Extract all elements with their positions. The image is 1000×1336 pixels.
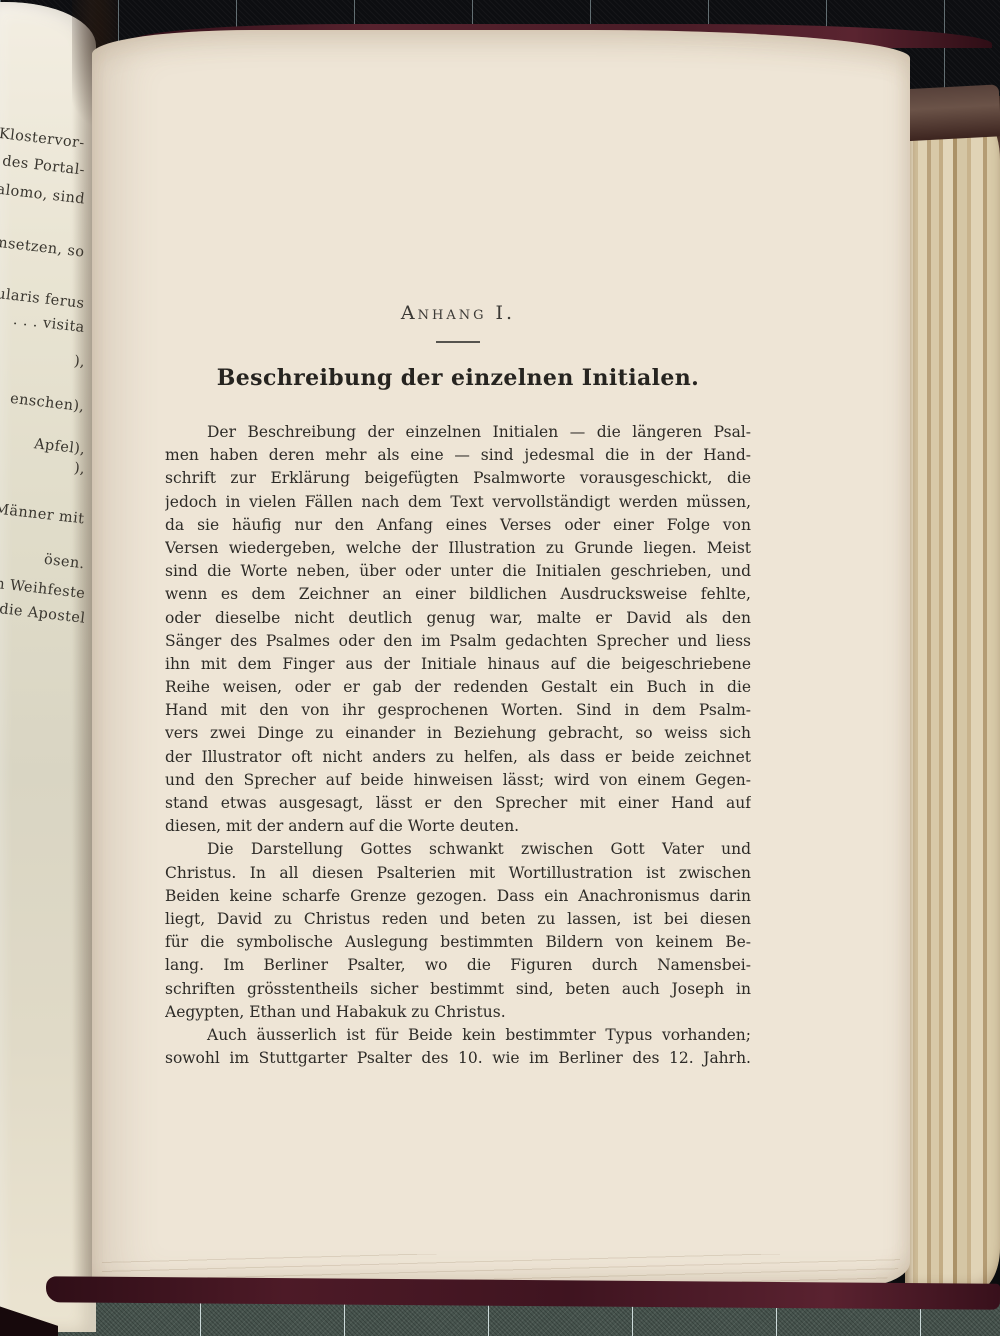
section-header: Anhang I.	[165, 302, 751, 324]
facing-page-text-fragment: n Weihfeste	[0, 576, 86, 602]
facing-page-text-fragment: umsetzen, so	[0, 233, 86, 260]
text-line: Aegypten, Ethan und Habakuk zu Christus.	[165, 1001, 751, 1024]
text-line: da sie häufig nur den Anfang eines Verse…	[165, 514, 751, 537]
text-line: ihn mit dem Finger aus der Initiale hina…	[165, 653, 751, 676]
page-fore-edge-stack	[905, 100, 1000, 1292]
facing-page-text-fragment: n Klostervor-	[0, 124, 86, 151]
header-rule	[436, 341, 480, 343]
facing-page-text-fragment: ),	[73, 353, 86, 370]
book-page: Anhang I. Beschreibung der einzelnen Ini…	[92, 30, 910, 1288]
text-line: Christus. In all diesen Psalterien mit W…	[165, 862, 751, 885]
text-line: Auch äusserlich ist für Beide kein besti…	[165, 1024, 751, 1047]
text-line: wenn es dem Zeichner an einer bildlichen…	[165, 583, 751, 606]
facing-page-text-fragment: . . . visita	[12, 312, 85, 336]
text-line: vers zwei Dinge zu einander in Beziehung…	[165, 722, 751, 745]
text-line: Versen wiedergeben, welche der Illustrat…	[165, 537, 751, 560]
photographed-book-scene: n Klostervor-des Portal-Salomo, sindumse…	[0, 0, 1000, 1336]
text-line: schriften grösstentheils sicher bestimmt…	[165, 978, 751, 1001]
text-line: sind die Worte neben, über oder unter di…	[165, 560, 751, 583]
facing-page-text-fragment: ösen.	[44, 552, 86, 573]
text-line: oder dieselbe nicht deutlich genug war, …	[165, 607, 751, 630]
text-line: sowohl im Stuttgarter Psalter des 10. wi…	[165, 1047, 751, 1070]
text-line: Sänger des Psalmes oder den im Psalm ged…	[165, 630, 751, 653]
facing-page-text-fragment: des Portal-	[1, 153, 85, 178]
text-line: Beiden keine scharfe Grenze gezogen. Das…	[165, 885, 751, 908]
text-line: Der Beschreibung der einzelnen Initialen…	[165, 421, 751, 444]
page-text-block: Anhang I. Beschreibung der einzelnen Ini…	[165, 302, 751, 1070]
text-line: für die symbolische Auslegung bestimmten…	[165, 931, 751, 954]
text-line: und den Sprecher auf beide hinweisen läs…	[165, 769, 751, 792]
facing-page-text-fragment: (Männer mit	[0, 501, 86, 528]
body-paragraphs: Der Beschreibung der einzelnen Initialen…	[165, 421, 751, 1070]
chapter-title: Beschreibung der einzelnen Initialen.	[165, 365, 751, 391]
facing-page-text-fragment: die Apostel	[0, 601, 86, 627]
facing-page-edge: n Klostervor-des Portal-Salomo, sindumse…	[0, 2, 96, 1332]
text-line: diesen, mit der andern auf die Worte deu…	[165, 815, 751, 838]
text-line: liegt, David zu Christus reden und beten…	[165, 908, 751, 931]
facing-page-text-fragment: Salomo, sind	[0, 180, 86, 207]
text-line: lang. Im Berliner Psalter, wo die Figure…	[165, 954, 751, 977]
text-line: Die Darstellung Gottes schwankt zwischen…	[165, 838, 751, 861]
text-line: der Illustrator oft nicht anders zu helf…	[165, 746, 751, 769]
facing-page-text-fragment: ularis ferus	[0, 286, 86, 312]
text-line: Reihe weisen, oder er gab der redenden G…	[165, 676, 751, 699]
text-line: stand etwas ausgesagt, lässt er den Spre…	[165, 792, 751, 815]
text-line: Hand mit den von ihr gesprochenen Worten…	[165, 699, 751, 722]
facing-page-text-fragment: enschen),	[10, 391, 86, 415]
facing-page-text-fragment: Apfel),	[33, 436, 86, 458]
facing-page-text-fragments: n Klostervor-des Portal-Salomo, sindumse…	[0, 2, 96, 722]
text-line: schrift zur Erklärung beigefügten Psalmw…	[165, 467, 751, 490]
text-line: jedoch in vielen Fällen nach dem Text ve…	[165, 491, 751, 514]
text-line: men haben deren mehr als eine — sind jed…	[165, 444, 751, 467]
facing-page-text-fragment: ),	[73, 460, 86, 477]
